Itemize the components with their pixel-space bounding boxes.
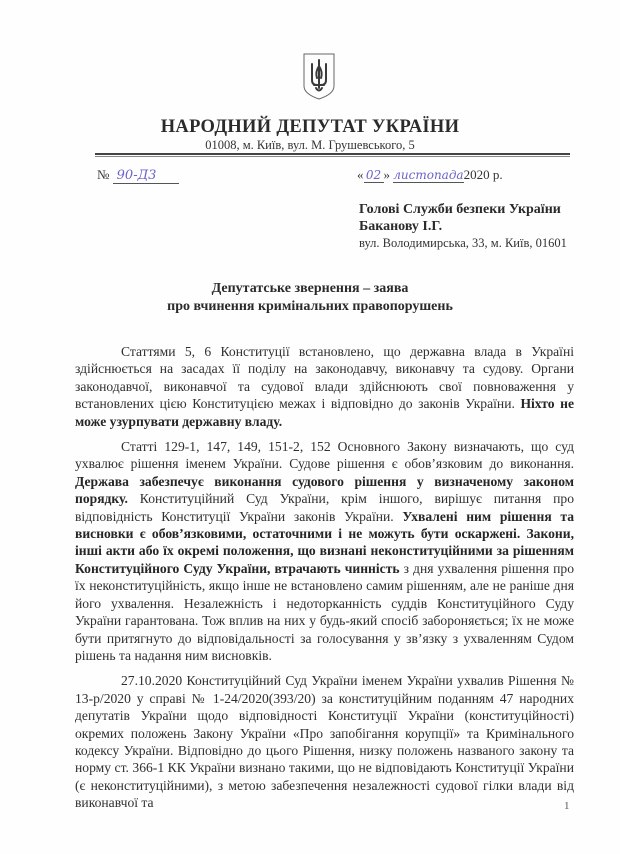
trident-coat-of-arms-icon [302, 52, 336, 100]
addressee-position: Голові Служби безпеки України [359, 201, 567, 218]
addressee-address: вул. Володимирська, 33, м. Київ, 01601 [359, 235, 567, 252]
document-title-line1: Депутатське звернення – заява [0, 280, 620, 298]
document-page: НАРОДНИЙ ДЕПУТАТ УКРАЇНИ 01008, м. Київ,… [0, 0, 620, 854]
date-close-quote: » [384, 167, 391, 182]
handwritten-day: 02 [364, 168, 384, 183]
paragraph-1: Статтями 5, 6 Конституції встановлено, щ… [75, 343, 574, 430]
paragraph-text: 27.10.2020 Конституційний Суд України ім… [75, 673, 574, 810]
document-title: Депутатське звернення – заява про вчинен… [0, 280, 620, 316]
paragraph-text: Статтями 5, 6 Конституції встановлено, щ… [75, 344, 574, 411]
date-year: 2020 р. [464, 167, 503, 182]
handwritten-month: листопада [393, 168, 463, 183]
paragraph-2: Статті 129-1, 147, 149, 151-2, 152 Основ… [75, 438, 574, 664]
letterhead-divider [95, 153, 570, 155]
paragraph-3: 27.10.2020 Конституційний Суд України ім… [75, 672, 574, 811]
page-number: 1 [564, 800, 570, 812]
handwritten-number: 90-Д3 [113, 168, 179, 184]
registration-number: № 90-Д3 [97, 167, 179, 184]
paragraph-text: Статті 129-1, 147, 149, 151-2, 152 Основ… [75, 439, 574, 471]
paragraph-text: з дня ухвалення рішення про їх неконстит… [75, 561, 574, 663]
addressee-name: Баканову І.Г. [359, 218, 567, 235]
letterhead-address: 01008, м. Київ, вул. М. Грушевського, 5 [0, 138, 620, 153]
letterhead-title: НАРОДНИЙ ДЕПУТАТ УКРАЇНИ [0, 117, 620, 138]
document-body: Статтями 5, 6 Конституції встановлено, щ… [75, 343, 574, 820]
document-title-line2: про вчинення кримінальних правопорушень [0, 298, 620, 316]
number-prefix: № [97, 167, 109, 182]
letterhead-divider-thin [95, 156, 570, 157]
registration-date: «02» листопада2020 р. [357, 167, 503, 183]
addressee-block: Голові Служби безпеки України Баканову І… [359, 201, 567, 252]
